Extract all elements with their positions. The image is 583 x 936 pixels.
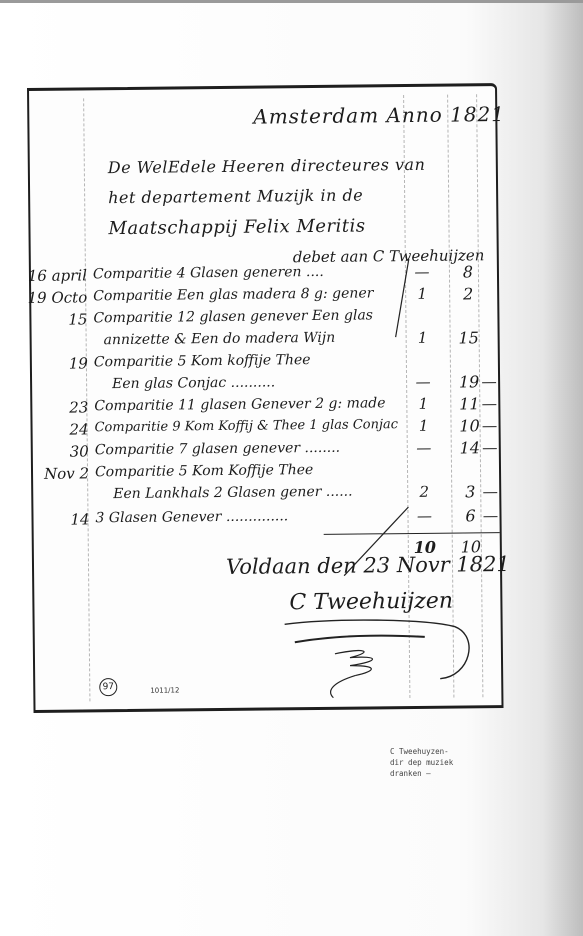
entry-description: Een Lankhals 2 Glasen gener ...... xyxy=(113,484,352,503)
entry-stuivers: 6 xyxy=(455,506,485,525)
entry-row: annizette & Een do madera Wijn 1 15 xyxy=(32,328,498,353)
entry-date: 19 xyxy=(8,354,88,373)
entry-date: 19 Octo xyxy=(7,288,87,307)
entry-description: Een glas Conjac .......... xyxy=(112,374,275,392)
invoice-sheet: Amsterdam Anno 1821 De WelEdele Heeren d… xyxy=(27,83,504,713)
place-date: Amsterdam Anno 1821 xyxy=(253,102,505,129)
scan-top-border xyxy=(0,0,583,3)
settlement-line: Voldaan den 23 Novr 1821 xyxy=(226,552,510,579)
entry-row: 19 Octo Comparitie Een glas madera 8 g: … xyxy=(31,284,497,309)
entry-description: Comparitie 4 Glasen generen .... xyxy=(93,264,324,282)
entry-stuivers: 19 xyxy=(454,372,484,391)
entry-row: 30 Comparitie 7 glasen genever ........ … xyxy=(33,438,499,463)
entry-guilders: 2 xyxy=(409,483,439,501)
entry-row: 19 Comparitie 5 Kom koffije Thee xyxy=(32,350,498,375)
catalog-mark: 1011/12 xyxy=(150,686,179,694)
column-dash xyxy=(482,382,496,383)
entry-stuivers: 2 xyxy=(453,284,483,303)
entry-guilders: — xyxy=(409,439,439,457)
entry-description: 3 Glasen Genever .............. xyxy=(95,508,288,526)
entry-row: 24 Comparitie 9 Kom Koffij & Thee 1 glas… xyxy=(32,416,498,441)
entry-date xyxy=(8,376,88,377)
entry-stuivers: 3 xyxy=(455,482,485,501)
addressee-line-1: De WelEdele Heeren directeures van xyxy=(108,155,426,177)
archive-note-line: dranken — xyxy=(390,768,453,779)
entry-guilders: — xyxy=(407,263,437,281)
entry-date: 15 xyxy=(7,310,87,329)
folio-number: 97 xyxy=(99,678,117,696)
entry-stuivers: 8 xyxy=(453,262,483,281)
entry-guilders: — xyxy=(408,373,438,391)
entry-date: 16 april xyxy=(7,266,87,285)
archive-note-line: dir dep muziek xyxy=(390,757,453,768)
entry-guilders: 1 xyxy=(408,395,438,413)
entry-stuivers: 11 xyxy=(454,394,484,413)
entry-date: 24 xyxy=(8,420,88,439)
column-dash xyxy=(483,426,497,427)
entry-guilders: 1 xyxy=(408,417,438,435)
entry-date xyxy=(9,486,89,487)
entry-description: Comparitie 7 glasen genever ........ xyxy=(95,440,340,459)
column-dash xyxy=(483,448,497,449)
entry-description: annizette & Een do madera Wijn xyxy=(104,330,336,348)
entry-guilders: 1 xyxy=(407,285,437,303)
column-dash xyxy=(484,516,498,517)
entry-row: Een Lankhals 2 Glasen gener ...... 2 3 xyxy=(33,482,499,507)
entry-row: 16 april Comparitie 4 Glasen generen ...… xyxy=(31,262,497,287)
signature: C Tweehuijzen xyxy=(289,589,453,616)
entry-date: 14 xyxy=(9,510,89,529)
addressee-line-3: Maatschappij Felix Meritis xyxy=(108,215,365,239)
entry-guilders: — xyxy=(409,507,439,525)
entry-stuivers: 10 xyxy=(454,416,484,435)
column-dash xyxy=(482,404,496,405)
entry-row: Nov 2 Comparitie 5 Kom Koffije Thee xyxy=(33,460,499,485)
entry-row: 23 Comparitie 11 glasen Genever 2 g: mad… xyxy=(32,394,498,419)
entry-row: 15 Comparitie 12 glasen genever Een glas xyxy=(31,306,497,331)
addressee-line-2: het departement Muzijk in de xyxy=(108,185,363,207)
archive-note-line: C Tweehuyzen- xyxy=(390,746,453,757)
entry-description: Comparitie 5 Kom koffije Thee xyxy=(94,352,311,370)
entry-guilders: 1 xyxy=(408,329,438,347)
entry-date: Nov 2 xyxy=(9,464,89,483)
entry-date: 23 xyxy=(8,398,88,417)
signature-flourish xyxy=(255,616,486,698)
entry-row: 14 3 Glasen Genever .............. — 6 xyxy=(33,506,499,531)
entry-date xyxy=(8,332,88,333)
entry-stuivers: 14 xyxy=(455,438,485,457)
cancellation-stroke xyxy=(331,257,414,578)
column-dash xyxy=(483,492,497,493)
entry-description: Comparitie 5 Kom Koffije Thee xyxy=(95,462,313,480)
entry-row: Een glas Conjac .......... — 19 xyxy=(32,372,498,397)
entry-stuivers: 15 xyxy=(454,328,484,347)
entry-date: 30 xyxy=(9,442,89,461)
archive-note: C Tweehuyzen- dir dep muziek dranken — xyxy=(390,746,453,779)
